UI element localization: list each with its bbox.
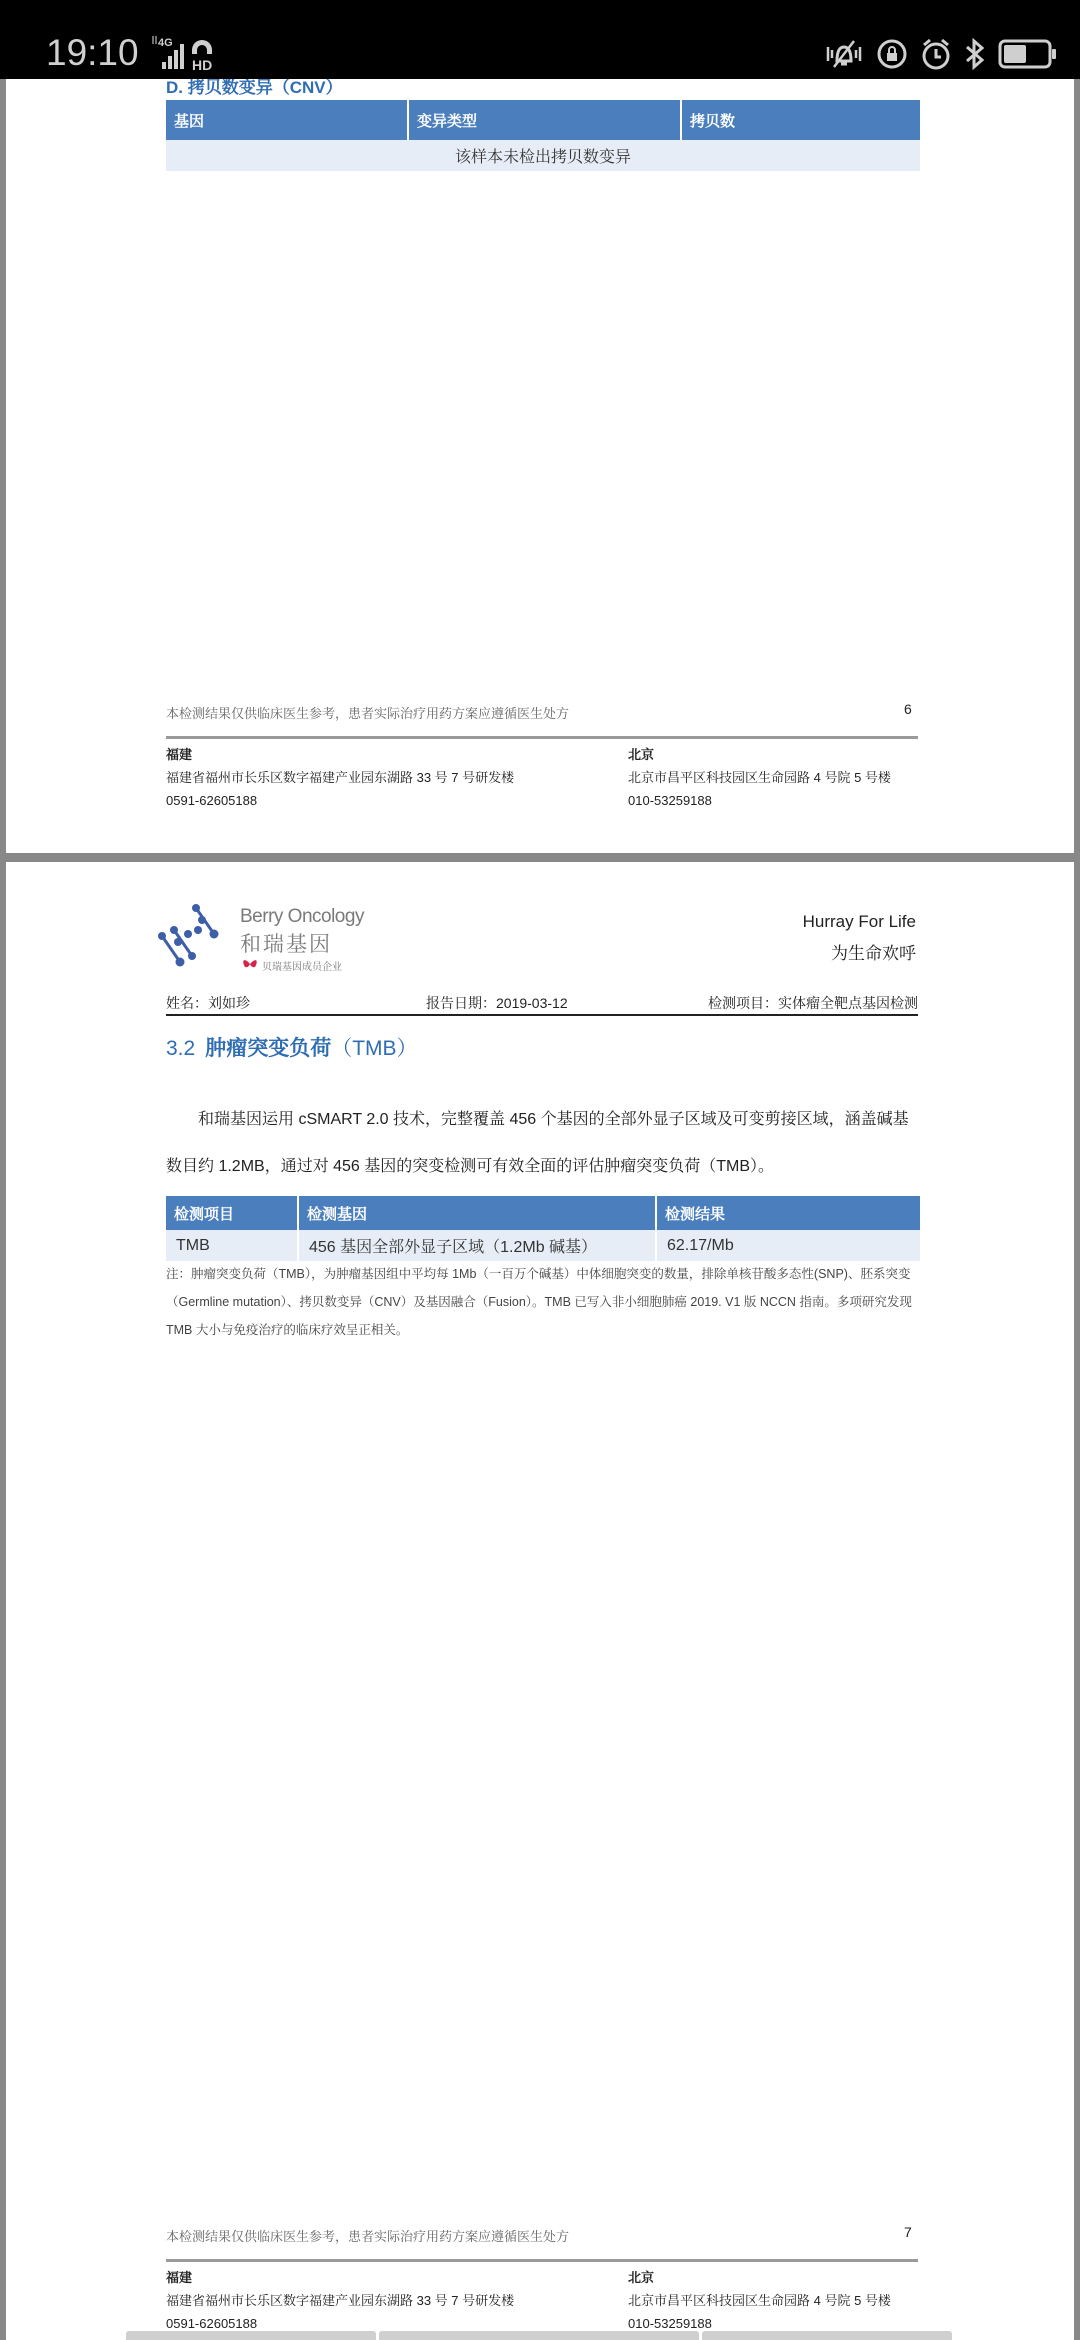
- table-cell: TMB: [166, 1230, 298, 1261]
- section-title-suffix: （TMB）: [331, 1037, 417, 1060]
- toolbar-segment[interactable]: [379, 2331, 699, 2340]
- tagline-en: Hurray For Life: [803, 912, 916, 932]
- svg-text:HD: HD: [192, 57, 212, 73]
- tmb-note: 注：肿瘤突变负荷（TMB），为肿瘤基因组中平均每 1Mb（一百万个碱基）中体细胞…: [166, 1260, 920, 1344]
- alarm-icon: [920, 37, 952, 71]
- footer-disclaimer: 本检测结果仅供临床医生参考，患者实际治疗用药方案应遵循医生处方: [166, 2226, 569, 2245]
- table-header: 拷贝数: [681, 100, 920, 140]
- dna-logo-icon: [158, 904, 238, 974]
- toolbar-segment[interactable]: [126, 2331, 376, 2340]
- office-fujian: 福建 福建省福州市长乐区数字福建产业园东湖路 33 号 7 号研发楼 0591-…: [166, 743, 514, 812]
- office-beijing: 北京 北京市昌平区科技园区生命园路 4 号院 5 号楼 010-53259188: [628, 2266, 891, 2335]
- cnv-table: 基因 变异类型 拷贝数 该样本未检出拷贝数变异: [166, 100, 920, 171]
- table-header: 基因: [166, 100, 408, 140]
- office-phone: 0591-62605188: [166, 789, 514, 812]
- table-cell: 62.17/Mb: [656, 1230, 920, 1261]
- logo-subtitle: 贝瑞基因成员企业: [262, 958, 342, 973]
- table-cell: 456 基因全部外显子区域（1.2Mb 碱基）: [298, 1230, 656, 1261]
- footer-divider: [166, 2259, 918, 2262]
- page-number: 7: [904, 2224, 912, 2240]
- test-item: 检测项目：实体瘤全靶点基因检测: [708, 993, 918, 1013]
- footer-divider: [166, 736, 918, 739]
- office-address: 福建省福州市长乐区数字福建产业园东湖路 33 号 7 号研发楼: [166, 766, 514, 789]
- vibrate-mute-icon: [824, 37, 864, 71]
- footer-disclaimer: 本检测结果仅供临床医生参考，患者实际治疗用药方案应遵循医生处方: [166, 703, 569, 722]
- office-phone: 010-53259188: [628, 789, 891, 812]
- document-page-6: D. 拷贝数变异（CNV） 基因 变异类型 拷贝数 该样本未检出拷贝数变异 本检…: [6, 79, 1074, 853]
- office-beijing: 北京 北京市昌平区科技园区生命园路 4 号院 5 号楼 010-53259188: [628, 743, 891, 812]
- office-city: 北京: [628, 743, 891, 766]
- office-city: 福建: [166, 743, 514, 766]
- section-heading: 3.2肿瘤突变负荷（TMB）: [166, 1032, 418, 1062]
- document-page-7: Berry Oncology 和瑞基因 贝瑞基因成员企业 Hurray For …: [6, 862, 1074, 2340]
- table-header: 检测结果: [656, 1196, 920, 1230]
- office-address: 北京市昌平区科技园区生命园路 4 号院 5 号楼: [628, 766, 891, 789]
- tagline-cn: 为生命欢呼: [831, 939, 916, 964]
- table-header: 变异类型: [408, 100, 681, 140]
- section-number: 3.2: [166, 1037, 195, 1060]
- tmb-table: 检测项目 检测基因 检测结果 TMB 456 基因全部外显子区域（1.2Mb 碱…: [166, 1196, 920, 1261]
- empty-message: 该样本未检出拷贝数变异: [166, 140, 920, 171]
- bottom-toolbar-edge[interactable]: [126, 2331, 952, 2340]
- butterfly-icon: [242, 957, 258, 971]
- table-header: 检测项目: [166, 1196, 298, 1230]
- status-time: 19:10: [46, 32, 139, 74]
- office-address: 北京市昌平区科技园区生命园路 4 号院 5 号楼: [628, 2289, 891, 2312]
- company-logo: Berry Oncology 和瑞基因 贝瑞基因成员企业: [158, 904, 368, 974]
- logo-text-cn: 和瑞基因: [240, 928, 332, 958]
- table-header: 检测基因: [298, 1196, 656, 1230]
- office-city: 北京: [628, 2266, 891, 2289]
- intro-paragraph: 和瑞基因运用 cSMART 2.0 技术，完整覆盖 456 个基因的全部外显子区…: [166, 1096, 920, 1190]
- battery-icon: [998, 38, 1058, 70]
- report-date: 报告日期：2019-03-12: [426, 993, 568, 1013]
- header-divider: [166, 1014, 918, 1016]
- patient-name: 姓名：刘如珍: [166, 993, 250, 1013]
- rotation-lock-icon: [876, 38, 908, 70]
- section-title: 肿瘤突变负荷: [205, 1037, 331, 1060]
- office-city: 福建: [166, 2266, 514, 2289]
- signal-icon: 4G HD: [150, 34, 240, 74]
- office-address: 福建省福州市长乐区数字福建产业园东湖路 33 号 7 号研发楼: [166, 2289, 514, 2312]
- logo-text-en: Berry Oncology: [240, 906, 364, 928]
- status-bar: 19:10 4G HD: [0, 0, 1080, 79]
- toolbar-segment[interactable]: [702, 2331, 952, 2340]
- page-number: 6: [904, 701, 912, 717]
- svg-text:4G: 4G: [158, 37, 173, 49]
- office-fujian: 福建 福建省福州市长乐区数字福建产业园东湖路 33 号 7 号研发楼 0591-…: [166, 2266, 514, 2335]
- table-row: TMB 456 基因全部外显子区域（1.2Mb 碱基） 62.17/Mb: [166, 1230, 920, 1261]
- section-title-cnv: D. 拷贝数变异（CNV）: [166, 79, 343, 98]
- bluetooth-icon: [964, 37, 986, 71]
- status-icons: [824, 36, 1058, 72]
